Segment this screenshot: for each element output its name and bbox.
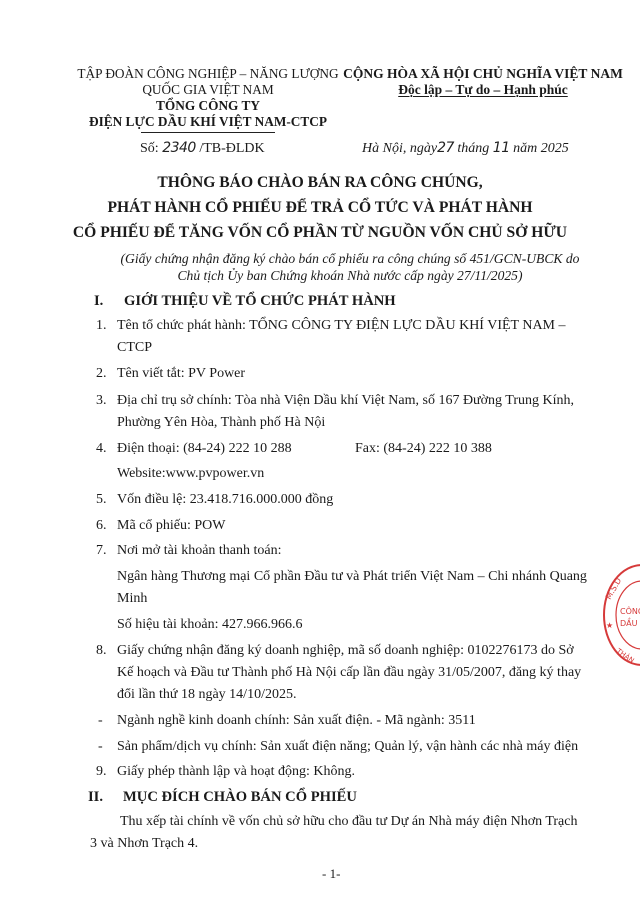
svg-text:CÔNG: CÔNG [620, 605, 640, 616]
business-registration-line1: Giấy chứng nhận đăng ký doanh nghiệp, mã… [117, 643, 574, 659]
date-month-handwritten: 11 [493, 140, 510, 156]
bullet-dash: - [98, 739, 103, 755]
date-place: Hà Nội, ngày [362, 141, 437, 156]
group-name-line2: QUỐC GIA VIỆT NAM [72, 82, 344, 98]
payment-account-label: Nơi mở tài khoản thanh toán: [117, 543, 282, 559]
address-line2: Phường Yên Hòa, Thành phố Hà Nội [117, 415, 325, 431]
date-day-handwritten: 27 [437, 140, 454, 156]
issue-date: Hà Nội, ngày27 tháng 11 năm 2025 [362, 140, 569, 157]
page-number: - 1- [322, 866, 340, 882]
item-number: 8. [96, 643, 107, 659]
purpose-line2: 3 và Nhơn Trạch 4. [90, 836, 198, 852]
bank-name-line1: Ngân hàng Thương mại Cổ phần Đầu tư và P… [117, 569, 587, 585]
phone: Điện thoại: (84-24) 222 10 288 [117, 441, 292, 457]
purpose-line1: Thu xếp tài chính về vốn chủ sở hữu cho … [120, 814, 578, 830]
main-business: Ngành nghề kinh doanh chính: Sản xuất đi… [117, 713, 476, 729]
document-title-line2: PHÁT HÀNH CỔ PHIẾU ĐỂ TRẢ CỔ TỨC VÀ PHÁT… [0, 199, 640, 217]
reference-prefix: Số: [140, 141, 162, 156]
main-products: Sản phẩm/dịch vụ chính: Sản xuất điện nă… [117, 739, 578, 755]
issuer-name-line1: Tên tổ chức phát hành: TỔNG CÔNG TY ĐIỆN… [117, 318, 566, 334]
header-divider [141, 132, 275, 133]
item-number: 2. [96, 366, 107, 382]
item-number: 5. [96, 492, 107, 508]
seal-icon: M.S.D CÔNG DẦU ★ THÀN [600, 560, 640, 670]
reference-suffix: /TB-ĐLDK [196, 141, 265, 156]
item-number: 1. [96, 318, 107, 334]
date-year: năm 2025 [510, 141, 569, 156]
item-number: 9. [96, 764, 107, 780]
svg-text:★: ★ [606, 621, 613, 630]
document-subtitle: (Giấy chứng nhận đăng ký chào bán cổ phi… [90, 250, 610, 284]
item-number: 4. [96, 441, 107, 457]
bullet-dash: - [98, 713, 103, 729]
business-registration-line3: đổi lần thứ 18 ngày 14/10/2025. [117, 687, 296, 703]
svg-text:DẦU: DẦU [620, 616, 638, 628]
svg-text:M.S.D: M.S.D [604, 576, 623, 601]
issuer-name-line2: CTCP [117, 340, 152, 356]
account-number: Số hiệu tài khoản: 427.966.966.6 [117, 617, 303, 633]
section1-numeral: I. [94, 293, 103, 310]
reference-handwritten-number: 2340 [162, 140, 196, 156]
document-page: TẬP ĐOÀN CÔNG NGHIỆP – NĂNG LƯỢNG QUỐC G… [0, 0, 640, 905]
website: Website:www.pvpower.vn [117, 466, 264, 482]
subtitle-line1: (Giấy chứng nhận đăng ký chào bán cổ phi… [90, 250, 610, 267]
section2-heading: MỤC ĐÍCH CHÀO BÁN CỔ PHIẾU [123, 789, 357, 806]
section1-heading: GIỚI THIỆU VỀ TỔ CHỨC PHÁT HÀNH [124, 293, 396, 310]
bank-name-line2: Minh [117, 591, 147, 607]
item-number: 7. [96, 543, 107, 559]
item-number: 6. [96, 518, 107, 534]
item-number: 3. [96, 393, 107, 409]
subtitle-line2: Chủ tịch Ủy ban Chứng khoán Nhà nước cấp… [90, 267, 610, 284]
company-seal-stamp: M.S.D CÔNG DẦU ★ THÀN [600, 560, 640, 670]
national-motto: Độc lập – Tự do – Hạnh phúc [398, 82, 568, 97]
business-registration-line2: Kế hoạch và Đầu tư Thành phố Hà Nội cấp … [117, 665, 581, 681]
abbreviation: Tên viết tắt: PV Power [117, 366, 245, 382]
group-name-line1: TẬP ĐOÀN CÔNG NGHIỆP – NĂNG LƯỢNG [72, 66, 344, 82]
stock-code: Mã cổ phiếu: POW [117, 518, 225, 534]
charter-capital: Vốn điều lệ: 23.418.716.000.000 đồng [117, 492, 333, 508]
document-title-line1: THÔNG BÁO CHÀO BÁN RA CÔNG CHÚNG, [0, 174, 640, 192]
establishment-license: Giấy phép thành lập và hoạt động: Không. [117, 764, 355, 780]
fax: Fax: (84-24) 222 10 388 [355, 441, 492, 457]
company-name-line1: TỔNG CÔNG TY [72, 98, 344, 114]
section2-numeral: II. [88, 789, 103, 806]
reference-number: Số: 2340 /TB-ĐLDK [140, 140, 265, 157]
national-name: CỘNG HÒA XÃ HỘI CHỦ NGHĨA VIỆT NAM [338, 66, 628, 82]
issuer-header: TẬP ĐOÀN CÔNG NGHIỆP – NĂNG LƯỢNG QUỐC G… [72, 66, 344, 133]
svg-text:THÀN: THÀN [614, 646, 636, 665]
date-month-label: tháng [454, 141, 493, 156]
document-title-line3: CỔ PHIẾU ĐỂ TĂNG VỐN CỔ PHẦN TỪ NGUỒN VỐ… [0, 224, 640, 242]
company-name-line2: ĐIỆN LỰC DẦU KHÍ VIỆT NAM-CTCP [72, 114, 344, 130]
address-line1: Địa chỉ trụ sở chính: Tòa nhà Viện Dầu k… [117, 393, 574, 409]
national-header: CỘNG HÒA XÃ HỘI CHỦ NGHĨA VIỆT NAM Độc l… [338, 66, 628, 98]
